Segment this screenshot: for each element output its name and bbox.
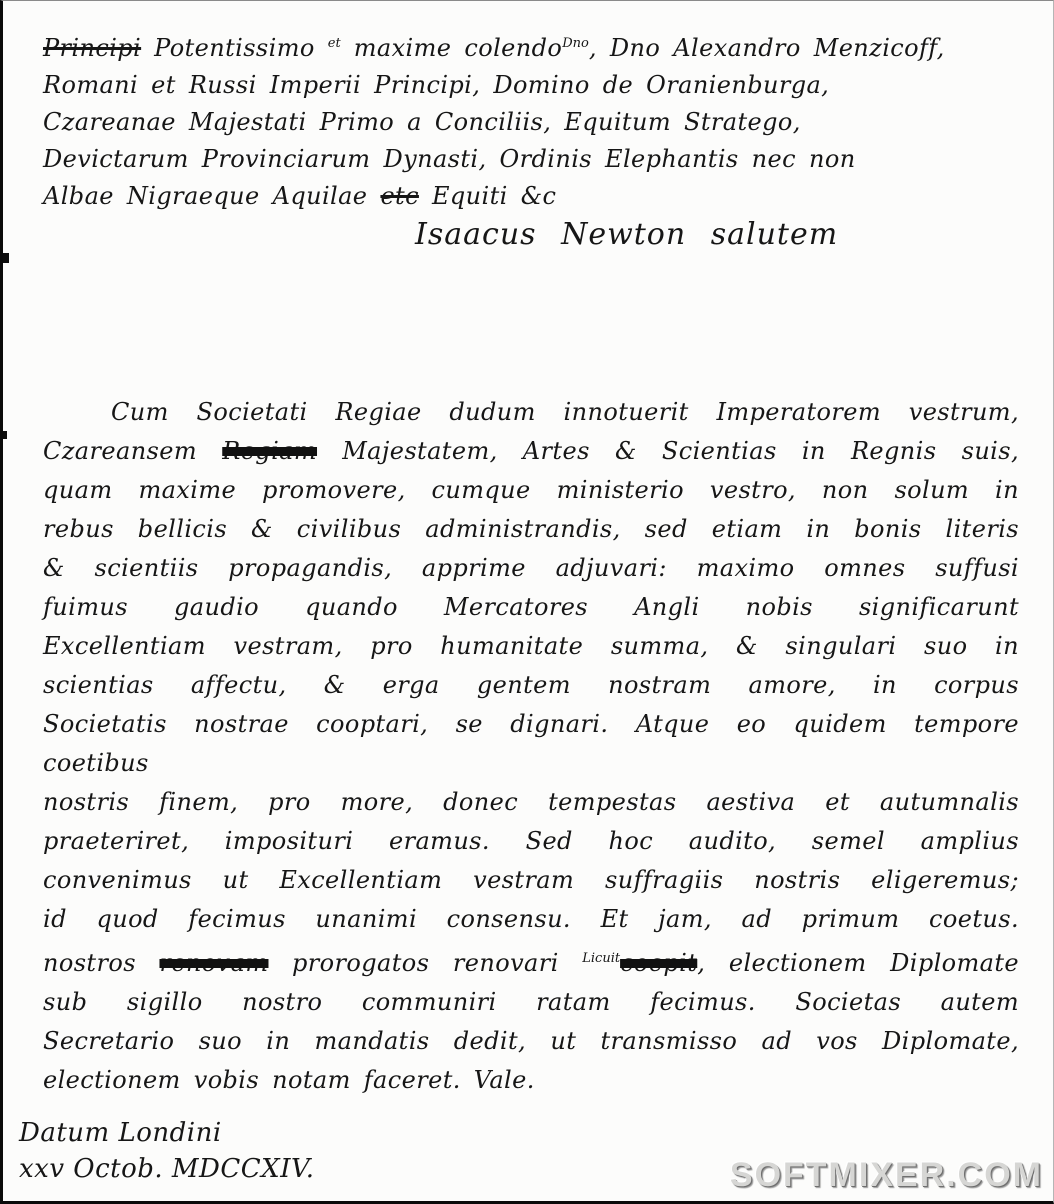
body-line-16: Secretario suo in mandatis dedit, ut tra… — [43, 1022, 1019, 1061]
body-line-01: Cum Societati Regiae dudum innotuerit Im… — [43, 393, 1019, 432]
salutation-line: Isaacus Newton salutem — [43, 215, 1019, 255]
body-line-15: sub sigillo nostro communiri ratam fecim… — [43, 983, 1019, 1022]
blotted-word: Regiam — [222, 437, 317, 465]
body-line-08: scientias affectu, & erga gentem nostram… — [43, 666, 1019, 705]
watermark-text: SOFTMIXER.COM — [730, 1156, 1043, 1195]
body-line-09: Societatis nostrae cooptari, se dignari.… — [43, 705, 1019, 783]
blotted-word: renovam — [159, 949, 268, 977]
blotted-word: coepit — [620, 949, 697, 977]
dateline-date: xxv Octob. MDCCXIV. — [19, 1151, 314, 1187]
body-line-02: Czareansem Regiam Majestatem, Artes & Sc… — [43, 432, 1019, 471]
body-line-10: nostris finem, pro more, donec tempestas… — [43, 783, 1019, 822]
address-line-5: Albae Nigraeque Aquilae etc Equiti &c — [43, 178, 1019, 215]
body-line-12: convenimus ut Excellentiam vestram suffr… — [43, 861, 1019, 900]
body-line-06: fuimus gaudio quando Mercatores Angli no… — [43, 588, 1019, 627]
address-block: Principi Potentissimo et maxime colendoD… — [43, 25, 1019, 255]
scan-artifact — [3, 431, 7, 439]
body-line-07: Excellentiam vestram, pro humanitate sum… — [43, 627, 1019, 666]
address-line-2: Romani et Russi Imperii Principi, Domino… — [43, 67, 1019, 104]
struck-word: etc — [380, 182, 419, 210]
interlinear-insertion: et — [328, 36, 341, 51]
struck-word: Principi — [43, 34, 141, 62]
letter-page: Principi Potentissimo et maxime colendoD… — [0, 0, 1054, 1204]
scan-artifact — [3, 253, 9, 263]
interlinear-insertion: Licuit — [582, 951, 620, 966]
body-line-13: id quod fecimus unanimi consensu. Et jam… — [43, 900, 1019, 939]
letter-body: Cum Societati Regiae dudum innotuerit Im… — [43, 393, 1019, 1100]
body-line-03: quam maxime promovere, cumque ministerio… — [43, 471, 1019, 510]
body-line-11: praeteriret, imposituri eramus. Sed hoc … — [43, 822, 1019, 861]
body-line-05: & scientiis propagandis, apprime adjuvar… — [43, 549, 1019, 588]
address-line-3: Czareanae Majestati Primo a Conciliis, E… — [43, 104, 1019, 141]
interlinear-insertion: Dno — [562, 36, 589, 51]
dateline-block: Datum Londini xxv Octob. MDCCXIV. — [19, 1115, 314, 1187]
body-line-14: nostros renovam prorogatos renovari Licu… — [43, 939, 1019, 983]
body-line-04: rebus bellicis & civilibus administrandi… — [43, 510, 1019, 549]
letter-content: Principi Potentissimo et maxime colendoD… — [3, 1, 1053, 1100]
body-line-17: electionem vobis notam faceret. Vale. — [43, 1061, 1019, 1100]
dateline-place: Datum Londini — [19, 1115, 314, 1151]
address-line-4: Devictarum Provinciarum Dynasti, Ordinis… — [43, 141, 1019, 178]
address-line-1: Principi Potentissimo et maxime colendoD… — [43, 25, 1019, 67]
